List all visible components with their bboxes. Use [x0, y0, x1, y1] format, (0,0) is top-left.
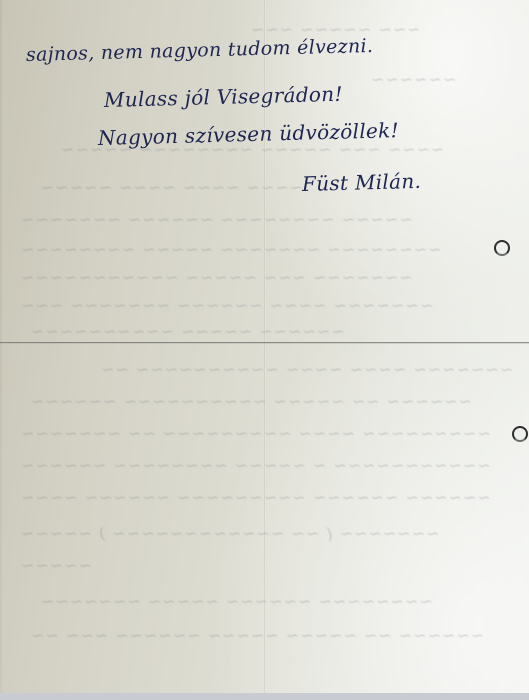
- bleed-through-writing: ~~~~~~~ ( ~~ ~~~~~~~~~~~~ ) ~~~~~: [20, 524, 439, 543]
- background-surface: [0, 693, 529, 700]
- punch-hole: [512, 426, 528, 442]
- letter-photograph: ~~~ ~~~~~ ~~~ ~~~~~~ ~~~~ ~~~ ~~~~~ ~~~~…: [0, 0, 529, 700]
- bleed-through-writing: ~~~~~ ~~~~~~~~ ~~~~~~ ~~~~~~~: [20, 210, 413, 229]
- signature: Füst Milán.: [302, 169, 422, 196]
- bleed-through-writing: ~~~~~~~~~~~ ~ ~~~~~ ~~~~~~~~ ~~~~~~: [20, 456, 491, 475]
- bleed-through-writing: ~~~~~~~ ~~~~ ~~~~ ~~~~~~~~~~ ~~: [100, 360, 513, 379]
- bleed-through-writing: ~~~~~~ ~~~~~~ ~~~~~~~~~ ~~~~~~ ~~~~: [20, 488, 491, 507]
- bleed-through-writing: ~~~~~~ ~~~~~ ~~~~~~~~~~: [30, 322, 345, 341]
- punch-hole: [494, 240, 510, 256]
- bleed-through-writing: ~~~~~~ ~~ ~~~~~ ~~~~~ ~~~~~~ ~~~ ~~: [30, 626, 484, 645]
- bleed-through-writing: ~~~~~~~ ~~~~ ~~~~~~ ~~~~~~~ ~~~: [20, 296, 433, 315]
- bleed-through-writing: ~~~~~~~ ~~~ ~~~~~ ~~~~~~~~~~~: [20, 268, 413, 287]
- bleed-through-writing: ~~~~~~ ~~ ~~~~~ ~~~~~~~~~~ ~~~~~~: [30, 392, 472, 411]
- bleed-through-writing: ~~~~ ~~~~ ~~~~ ~~~~~: [40, 178, 303, 197]
- horizontal-fold-crease: [0, 342, 529, 344]
- bleed-through-writing: ~~~~~~~~ ~~~~~~~ ~~~~~ ~~~~~~~~: [20, 240, 442, 259]
- bleed-through-writing: ~~~~~~~~ ~~~~~~ ~~~~~ ~~~~~~~: [40, 592, 433, 611]
- bleed-through-writing: ~~~~~~~~~ ~~~~ ~~~~~~~~~ ~~ ~~~~~~~: [20, 424, 491, 443]
- bleed-through-writing: ~~~~~: [20, 556, 92, 575]
- bleed-through-writing: ~~~~~~: [370, 70, 456, 89]
